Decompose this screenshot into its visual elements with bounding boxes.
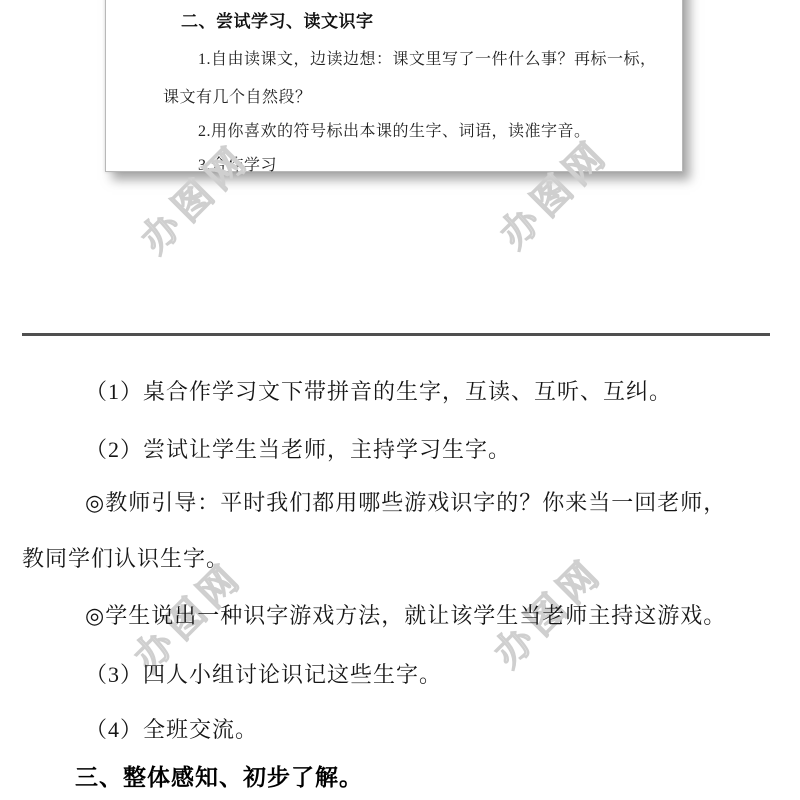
body-line: （4）全班交流。 <box>85 716 258 744</box>
card-line: 1.自由读课文，边读边想：课文里写了一件什么事？再标一标， <box>198 46 657 69</box>
body-section-heading: 三、整体感知、初步了解。 <box>75 764 363 793</box>
lesson-note-card: 二、尝试学习、读文识字 1.自由读课文，边读边想：课文里写了一件什么事？再标一标… <box>105 0 683 172</box>
body-line: 教同学们认识生字。 <box>22 545 229 573</box>
body-line: （1）桌合作学习文下带拼音的生字，互读、互听、互纠。 <box>85 378 672 406</box>
page-break-divider <box>22 333 770 336</box>
card-line: 3.合作学习 <box>198 152 277 175</box>
body-line: ◎教师引导：平时我们都用哪些游戏识字的？你来当一回老师， <box>85 489 726 517</box>
body-line: （3）四人小组讨论识记这些生字。 <box>85 661 442 689</box>
card-line: 课文有几个自然段？ <box>163 84 312 107</box>
document-page: 二、尝试学习、读文识字 1.自由读课文，边读边想：课文里写了一件什么事？再标一标… <box>0 0 800 800</box>
card-line: 2.用你喜欢的符号标出本课的生字、词语，读准字音。 <box>198 118 591 141</box>
body-line: ◎学生说出一种识字游戏方法，就让该学生当老师主持这游戏。 <box>85 602 726 630</box>
body-line: （2）尝试让学生当老师，主持学习生字。 <box>85 436 511 464</box>
card-section-heading: 二、尝试学习、读文识字 <box>181 7 374 32</box>
